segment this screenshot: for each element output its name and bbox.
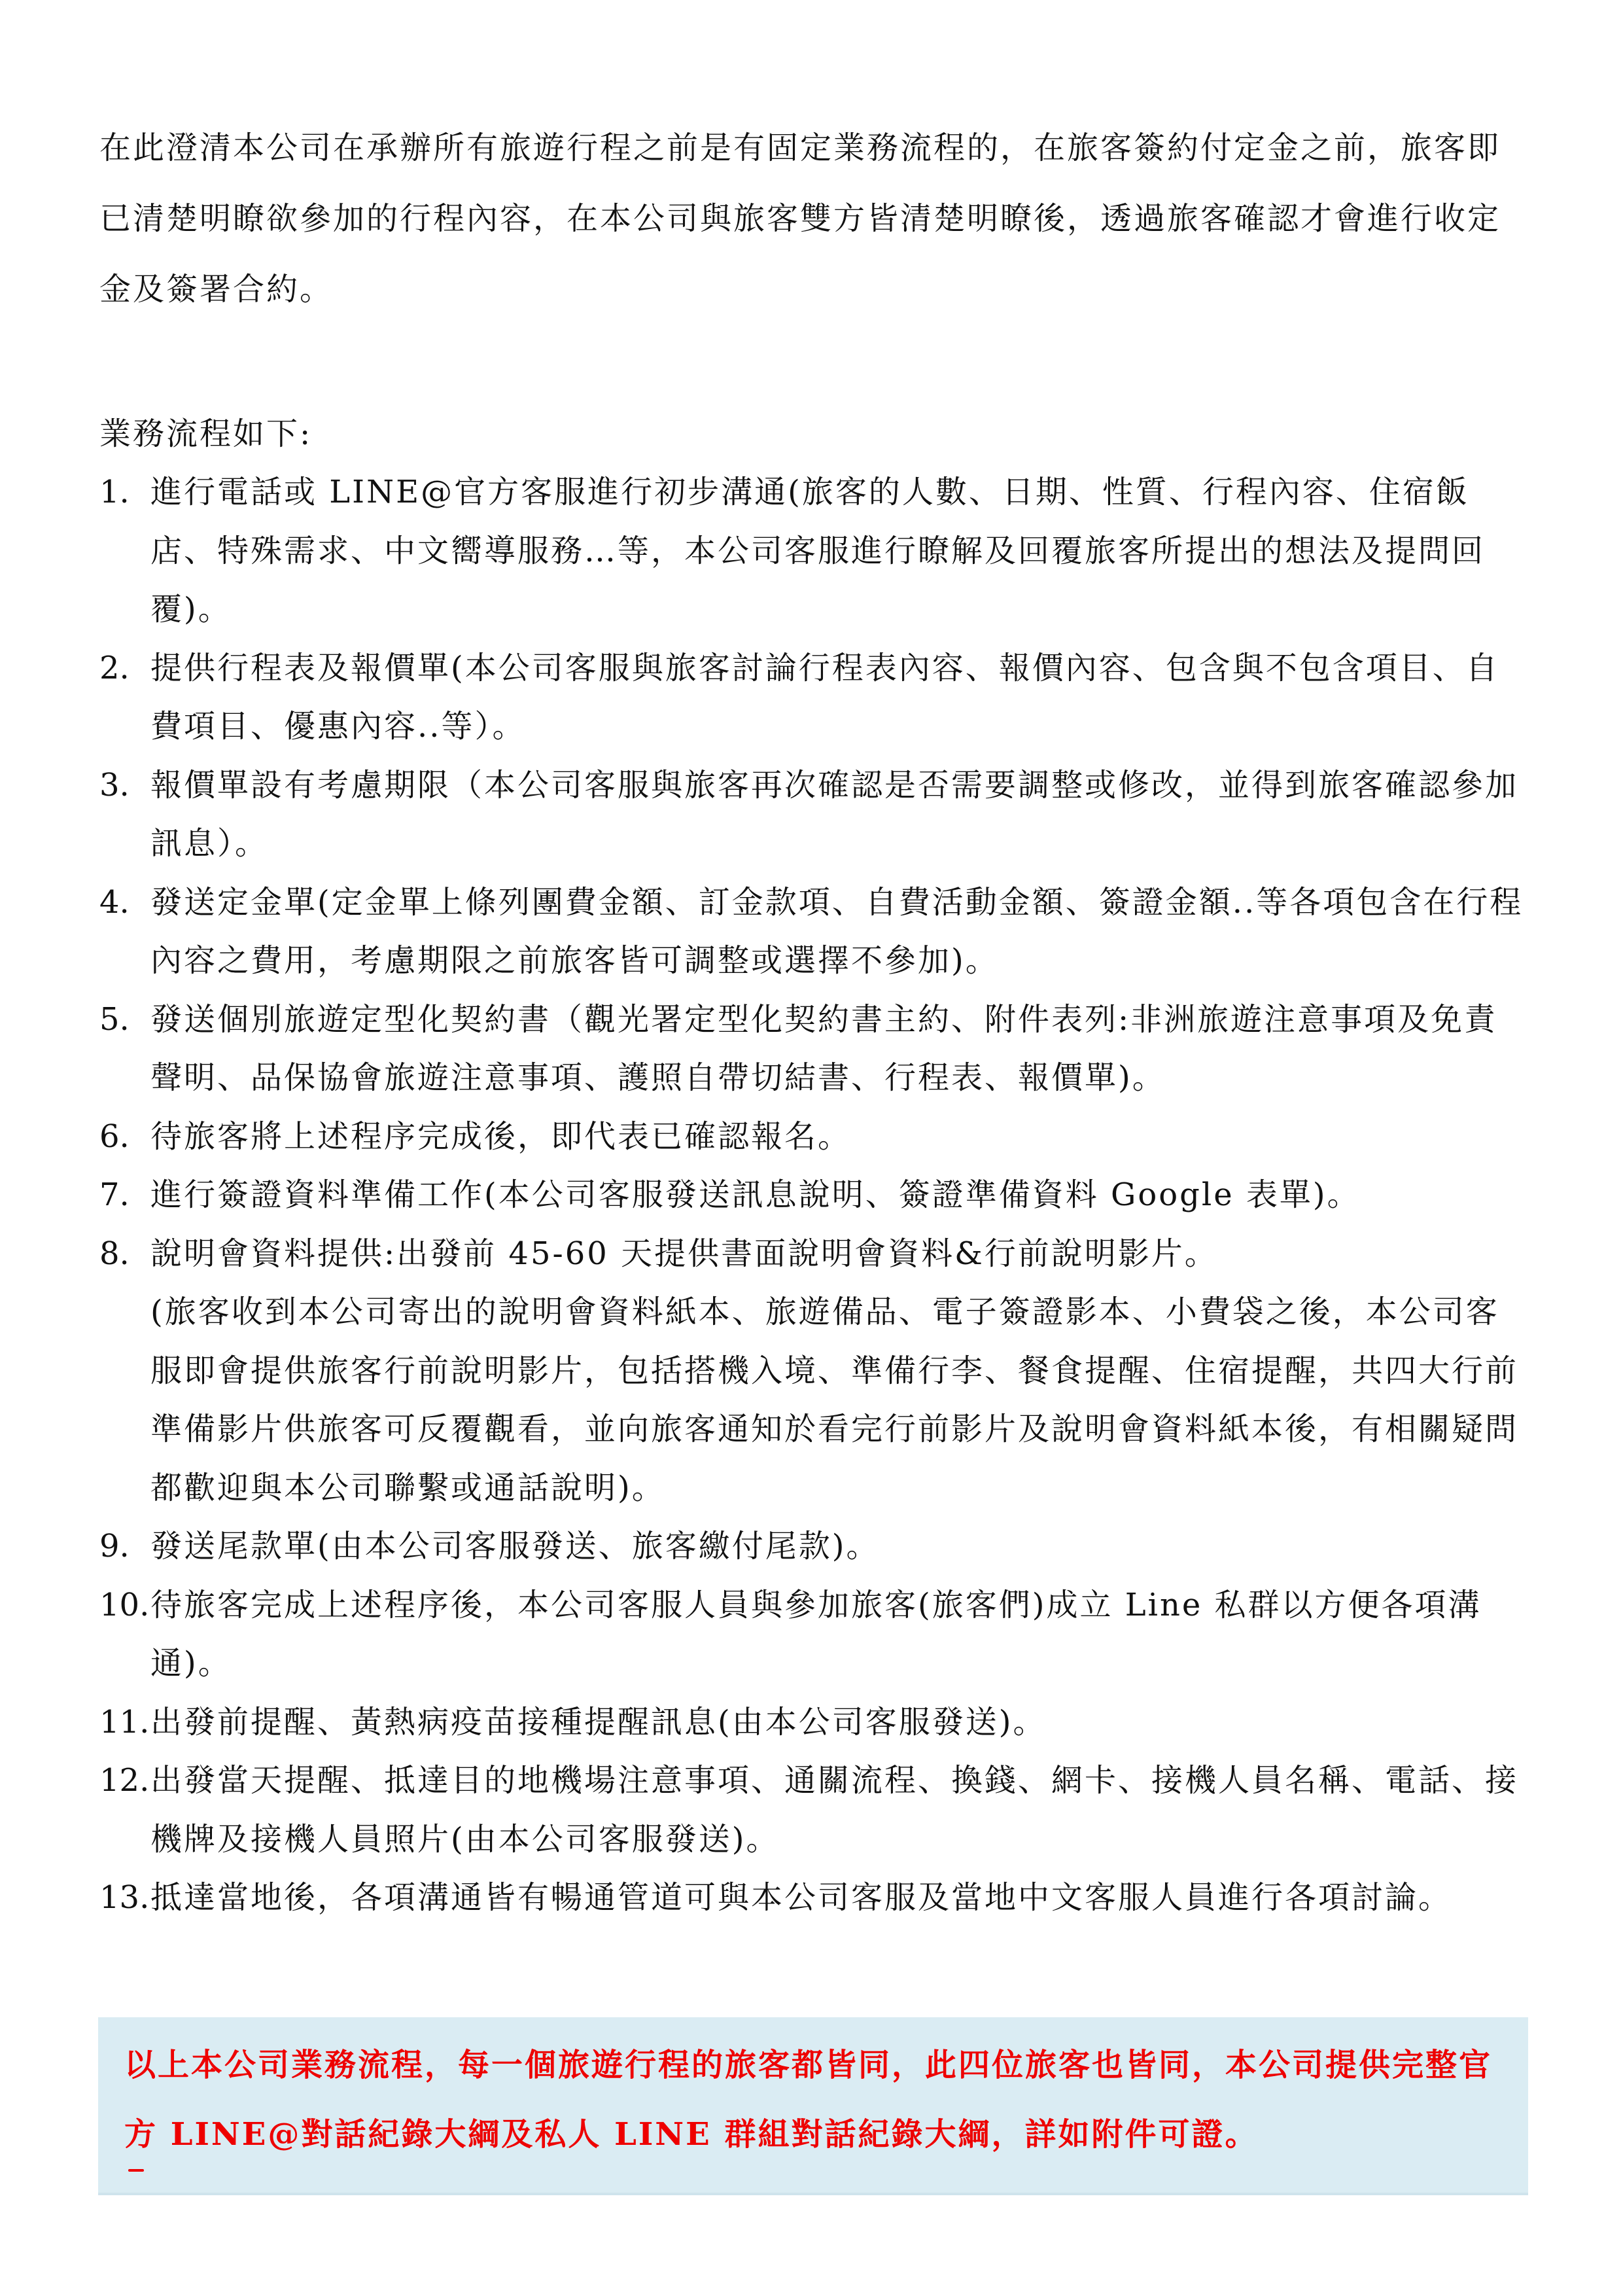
step-number: 11. xyxy=(99,1693,149,1752)
step-number: 13. xyxy=(99,1869,149,1928)
step-number: 7. xyxy=(99,1166,130,1225)
step-item-4: 4. 發送定金單(定金單上條列團費金額、訂金款項、自費活動金額、簽證金額..等各… xyxy=(99,874,1529,991)
step-text: 進行電話或 LINE@官方客服進行初步溝通(旅客的人數、日期、性質、行程內容、住… xyxy=(150,463,1529,639)
step-item-6: 6. 待旅客將上述程序完成後，即代表已確認報名。 xyxy=(99,1108,1529,1167)
intro-paragraph: 在此澄清本公司在承辦所有旅遊行程之前是有固定業務流程的，在旅客簽約付定金之前，旅… xyxy=(99,113,1519,325)
step-text: 抵達當地後，各項溝通皆有暢通管道可與本公司客服及當地中文客服人員進行各項討論。 xyxy=(150,1869,1529,1928)
step-item-12: 12. 出發當天提醒、抵達目的地機場注意事項、通關流程、換錢、網卡、接機人員名稱… xyxy=(99,1752,1529,1869)
step-text: 發送定金單(定金單上條列團費金額、訂金款項、自費活動金額、簽證金額..等各項包含… xyxy=(150,874,1529,991)
step-number: 5. xyxy=(99,991,130,1050)
document-page: 在此澄清本公司在承辦所有旅遊行程之前是有固定業務流程的，在旅客簽約付定金之前，旅… xyxy=(0,0,1623,2296)
step-text: 待旅客完成上述程序後，本公司客服人員與參加旅客(旅客們)成立 Line 私群以方… xyxy=(150,1576,1529,1693)
step-item-11: 11. 出發前提醒、黃熱病疫苗接種提醒訊息(由本公司客服發送)。 xyxy=(99,1693,1529,1752)
step-text: 發送尾款單(由本公司客服發送、旅客繳付尾款)。 xyxy=(150,1517,1529,1576)
step-number: 12. xyxy=(99,1752,149,1810)
step-number: 9. xyxy=(99,1517,130,1576)
step-number: 3. xyxy=(99,756,130,815)
step-number: 4. xyxy=(99,874,130,932)
step-text: 提供行程表及報價單(本公司客服與旅客討論行程表內容、報價內容、包含與不包含項目、… xyxy=(150,639,1529,756)
step-number: 2. xyxy=(99,639,130,698)
step-subtext: (旅客收到本公司寄出的說明會資料紙本、旅遊備品、電子簽證影本、小費袋之後，本公司… xyxy=(150,1283,1529,1517)
step-item-5: 5. 發送個別旅遊定型化契約書（觀光署定型化契約書主約、附件表列:非洲旅遊注意事… xyxy=(99,991,1529,1108)
step-text: 報價單設有考慮期限（本公司客服與旅客再次確認是否需要調整或修改，並得到旅客確認參… xyxy=(150,756,1529,874)
step-item-10: 10. 待旅客完成上述程序後，本公司客服人員與參加旅客(旅客們)成立 Line … xyxy=(99,1576,1529,1693)
flow-heading: 業務流程如下: xyxy=(99,404,312,463)
step-number: 10. xyxy=(99,1576,149,1635)
step-item-13: 13. 抵達當地後，各項溝通皆有暢通管道可與本公司客服及當地中文客服人員進行各項… xyxy=(99,1869,1529,1928)
step-text: 說明會資料提供:出發前 45-60 天提供書面說明會資料&行前說明影片。 xyxy=(150,1225,1529,1284)
step-item-1: 1. 進行電話或 LINE@官方客服進行初步溝通(旅客的人數、日期、性質、行程內… xyxy=(99,463,1529,639)
step-text: 發送個別旅遊定型化契約書（觀光署定型化契約書主約、附件表列:非洲旅遊注意事項及免… xyxy=(150,991,1529,1108)
step-text: 進行簽證資料準備工作(本公司客服發送訊息說明、簽證準備資料 Google 表單)… xyxy=(150,1166,1529,1225)
step-item-7: 7. 進行簽證資料準備工作(本公司客服發送訊息說明、簽證準備資料 Google … xyxy=(99,1166,1529,1225)
step-item-3: 3. 報價單設有考慮期限（本公司客服與旅客再次確認是否需要調整或修改，並得到旅客… xyxy=(99,756,1529,874)
step-number: 6. xyxy=(99,1108,130,1167)
step-text: 待旅客將上述程序完成後，即代表已確認報名。 xyxy=(150,1108,1529,1167)
step-number: 1. xyxy=(99,463,130,522)
step-text: 出發當天提醒、抵達目的地機場注意事項、通關流程、換錢、網卡、接機人員名稱、電話、… xyxy=(150,1752,1529,1869)
stray-red-mark xyxy=(128,2169,144,2172)
process-steps-list: 1. 進行電話或 LINE@官方客服進行初步溝通(旅客的人數、日期、性質、行程內… xyxy=(99,463,1529,1928)
step-text: 出發前提醒、黃熱病疫苗接種提醒訊息(由本公司客服發送)。 xyxy=(150,1693,1529,1752)
highlight-notice-box: 以上本公司業務流程，每一個旅遊行程的旅客都皆同，此四位旅客也皆同，本公司提供完整… xyxy=(98,2017,1528,2195)
step-item-2: 2. 提供行程表及報價單(本公司客服與旅客討論行程表內容、報價內容、包含與不包含… xyxy=(99,639,1529,756)
step-item-9: 9. 發送尾款單(由本公司客服發送、旅客繳付尾款)。 xyxy=(99,1517,1529,1576)
step-number: 8. xyxy=(99,1225,130,1284)
notice-text: 以上本公司業務流程，每一個旅遊行程的旅客都皆同，此四位旅客也皆同，本公司提供完整… xyxy=(124,2030,1518,2169)
step-item-8: 8. 說明會資料提供:出發前 45-60 天提供書面說明會資料&行前說明影片。 … xyxy=(99,1225,1529,1518)
